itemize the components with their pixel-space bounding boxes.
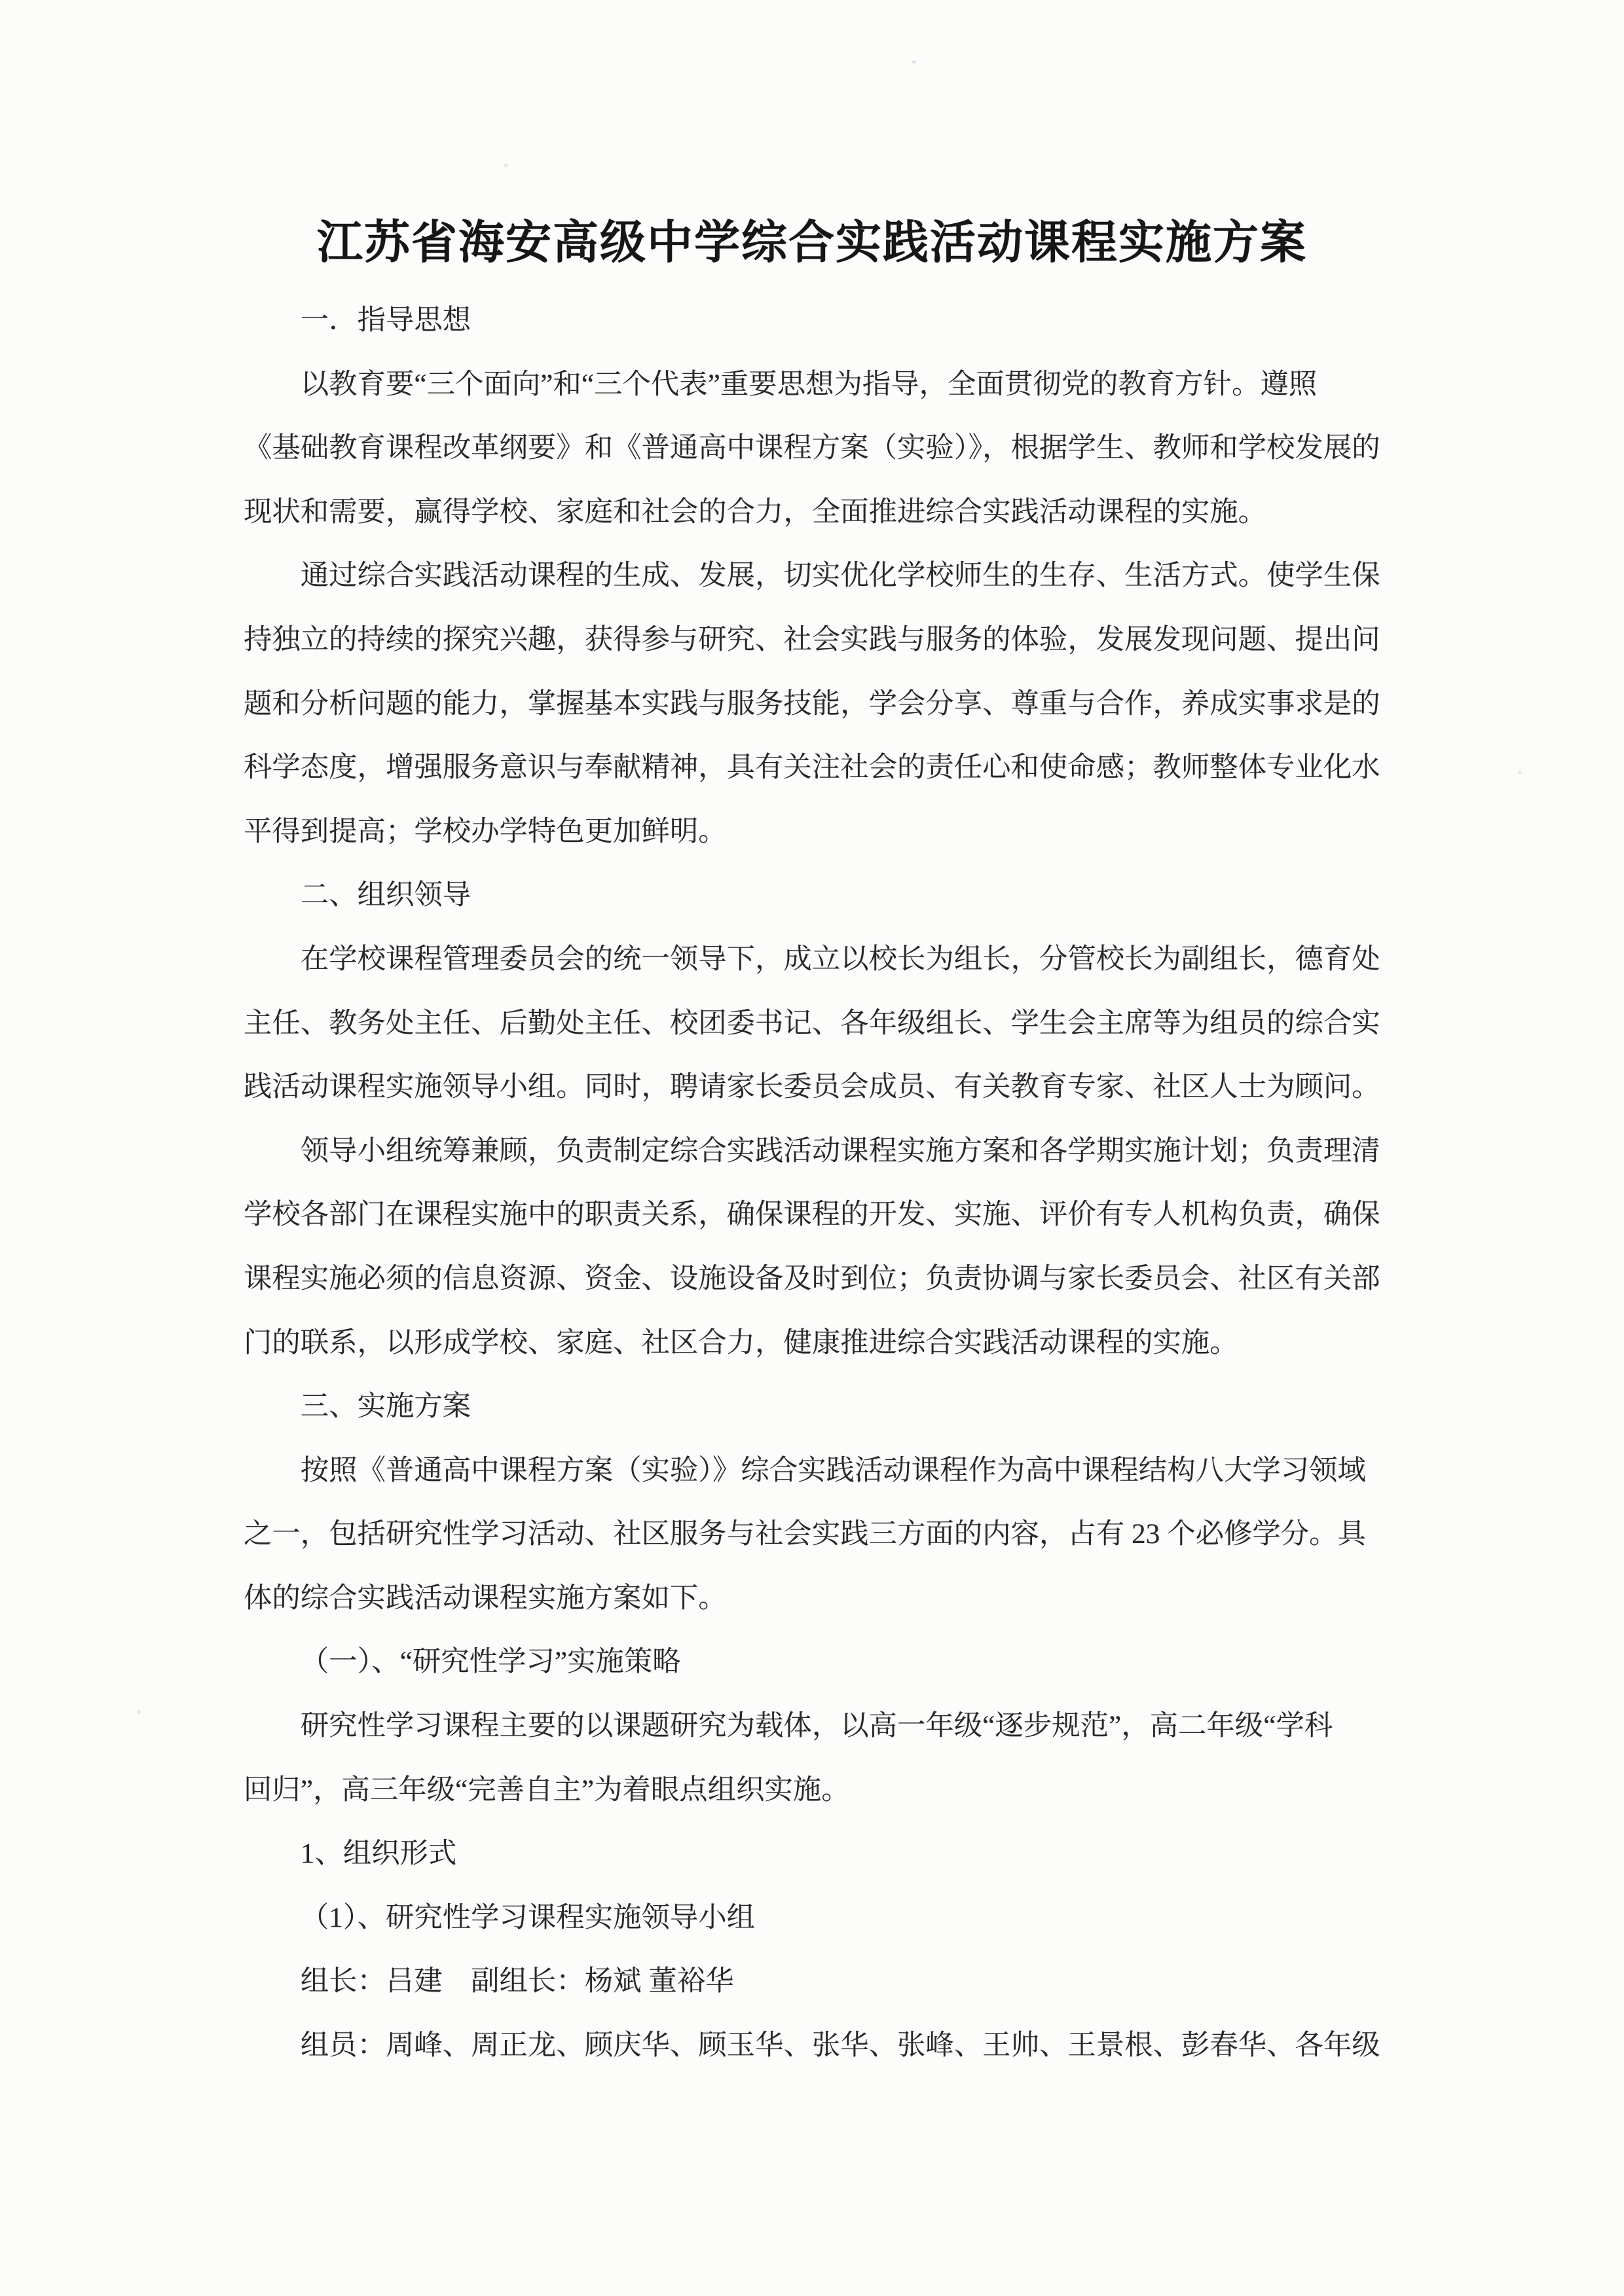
scanned-document-page: 江苏省海安高级中学综合实践活动课程实施方案 一．指导思想 以教育要“三个面向”和… xyxy=(0,0,1624,2296)
text-line: （1）、研究性学习课程实施领导小组 xyxy=(244,1886,1380,1950)
text-line: 二、组织领导 xyxy=(244,864,1380,928)
text-line: 学校各部门在课程实施中的职责关系，确保课程的开发、实施、评价有专人机构负责，确保 xyxy=(244,1183,1380,1247)
text-line: 践活动课程实施领导小组。同时，聘请家长委员会成员、有关教育专家、社区人士为顾问。 xyxy=(244,1055,1380,1120)
scan-speckle xyxy=(1518,771,1522,774)
text-line: 科学态度，增强服务意识与奉献精神，具有关注社会的责任心和使命感；教师整体专业化水 xyxy=(244,736,1380,800)
text-line: 以教育要“三个面向”和“三个代表”重要思想为指导，全面贯彻党的教育方针。遵照 xyxy=(244,353,1380,417)
text-line: 课程实施必须的信息资源、资金、设施设备及时到位；负责协调与家长委员会、社区有关部 xyxy=(244,1247,1380,1311)
text-line: 1、组织形式 xyxy=(244,1822,1380,1886)
text-line: 平得到提高；学校办学特色更加鲜明。 xyxy=(244,800,1380,864)
text-line: 回归”，高三年级“完善自主”为着眼点组织实施。 xyxy=(244,1758,1380,1823)
text-line: 三、实施方案 xyxy=(244,1375,1380,1439)
text-line: 现状和需要，赢得学校、家庭和社会的合力，全面推进综合实践活动课程的实施。 xyxy=(244,481,1380,545)
text-line: 按照《普通高中课程方案（实验）》综合实践活动课程作为高中课程结构八大学习领域 xyxy=(244,1439,1380,1503)
text-line: 持独立的持续的探究兴趣，获得参与研究、社会实践与服务的体验，发展发现问题、提出问 xyxy=(244,608,1380,672)
text-line: 组员：周峰、周正龙、顾庆华、顾玉华、张华、张峰、王帅、王景根、彭春华、各年级 xyxy=(244,2014,1380,2078)
text-line: 题和分析问题的能力，掌握基本实践与服务技能，学会分享、尊重与合作，养成实事求是的 xyxy=(244,672,1380,737)
text-line: 组长：吕建 副组长：杨斌 董裕华 xyxy=(244,1950,1380,2014)
text-line: 研究性学习课程主要的以课题研究为载体，以高一年级“逐步规范”，高二年级“学科 xyxy=(244,1694,1380,1758)
text-line: 通过综合实践活动课程的生成、发展，切实优化学校师生的生存、生活方式。使学生保 xyxy=(244,544,1380,608)
text-line: 体的综合实践活动课程实施方案如下。 xyxy=(244,1567,1380,1631)
document-title: 江苏省海安高级中学综合实践活动课程实施方案 xyxy=(0,217,1624,270)
text-line: 《基础教育课程改革纲要》和《普通高中课程方案（实验）》，根据学生、教师和学校发展… xyxy=(244,416,1380,481)
text-line: 一．指导思想 xyxy=(244,289,1380,353)
scan-speckle xyxy=(138,1710,141,1714)
text-line: 在学校课程管理委员会的统一领导下，成立以校长为组长，分管校长为副组长，德育处 xyxy=(244,928,1380,992)
text-line: 主任、教务处主任、后勤处主任、校团委书记、各年级组长、学生会主席等为组员的综合实 xyxy=(244,992,1380,1056)
text-line: （一）、“研究性学习”实施策略 xyxy=(244,1630,1380,1694)
text-line: 领导小组统筹兼顾，负责制定综合实践活动课程实施方案和各学期实施计划；负责理清 xyxy=(244,1120,1380,1184)
document-body: 一．指导思想 以教育要“三个面向”和“三个代表”重要思想为指导，全面贯彻党的教育… xyxy=(244,289,1380,2078)
text-line: 之一，包括研究性学习活动、社区服务与社会实践三方面的内容，占有 23 个必修学分… xyxy=(244,1503,1380,1567)
scan-speckle xyxy=(912,60,916,64)
text-line: 门的联系，以形成学校、家庭、社区合力，健康推进综合实践活动课程的实施。 xyxy=(244,1311,1380,1376)
scan-speckle xyxy=(504,164,507,167)
